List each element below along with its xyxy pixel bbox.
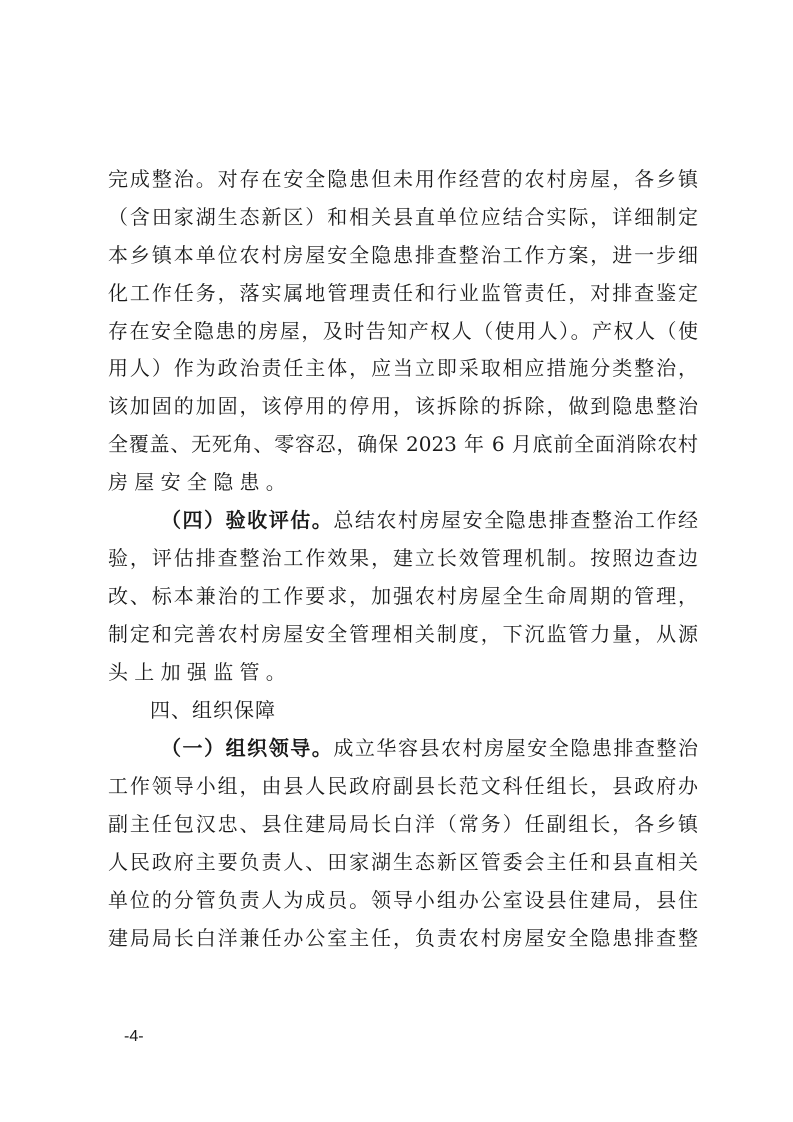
- text-line: 单位的分管负责人为成员。领导小组办公室设县住建局，县住: [108, 885, 698, 915]
- text-line: 工作领导小组，由县人民政府副县长范文科任组长，县政府办: [108, 771, 698, 801]
- text-line: 头上加强监管。: [108, 657, 698, 687]
- text-line: 建局局长白洋兼任办公室主任，负责农村房屋安全隐患排查整: [108, 923, 698, 953]
- section-heading: 四、组织保障: [150, 695, 276, 725]
- text-line: 用人）作为政治责任主体，应当立即采取相应措施分类整治，: [108, 353, 698, 383]
- text-run: 总结农村房屋安全隐患排查整治工作经: [333, 508, 698, 532]
- text-line: （含田家湖生态新区）和相关县直单位应结合实际，详细制定: [108, 202, 698, 232]
- text-line: 本乡镇本单位农村房屋安全隐患排查整治工作方案，进一步细: [108, 240, 698, 270]
- page-number: -4-: [124, 1026, 144, 1048]
- text-line: 验，评估排查整治工作效果，建立长效管理机制。按照边查边: [108, 543, 698, 573]
- document-page: 完成整治。对存在安全隐患但未用作经营的农村房屋，各乡镇 （含田家湖生态新区）和相…: [0, 0, 793, 1122]
- text-line: 副主任包汉忠、县住建局局长白洋（常务）任副组长，各乡镇: [108, 809, 698, 839]
- text-line: 该加固的加固，该停用的停用，该拆除的拆除，做到隐患整治: [108, 391, 698, 421]
- text-line: 全覆盖、无死角、零容忍，确保 2023 年 6 月底前全面消除农村: [108, 429, 698, 459]
- text-line-first: （一）组织领导。成立华容县农村房屋安全隐患排查整治: [161, 733, 698, 763]
- text-line-first: （四）验收评估。总结农村房屋安全隐患排查整治工作经: [161, 505, 698, 535]
- text-line: 人民政府主要负责人、田家湖生态新区管委会主任和县直相关: [108, 847, 698, 877]
- text-line: 制定和完善农村房屋安全管理相关制度，下沉监管力量，从源: [108, 619, 698, 649]
- text-line: 房屋安全隐患。: [108, 467, 698, 497]
- text-line: 化工作任务，落实属地管理责任和行业监管责任，对排查鉴定: [108, 278, 698, 308]
- text-line: 存在安全隐患的房屋，及时告知产权人（使用人）。产权人（使: [108, 316, 698, 346]
- text-line: 完成整治。对存在安全隐患但未用作经营的农村房屋，各乡镇: [108, 164, 698, 194]
- subsection-title: （一）组织领导。: [161, 736, 333, 760]
- text-run: 成立华容县农村房屋安全隐患排查整治: [333, 736, 698, 760]
- subsection-title: （四）验收评估。: [161, 508, 333, 532]
- text-line: 改、标本兼治的工作要求，加强农村房屋全生命周期的管理，: [108, 581, 698, 611]
